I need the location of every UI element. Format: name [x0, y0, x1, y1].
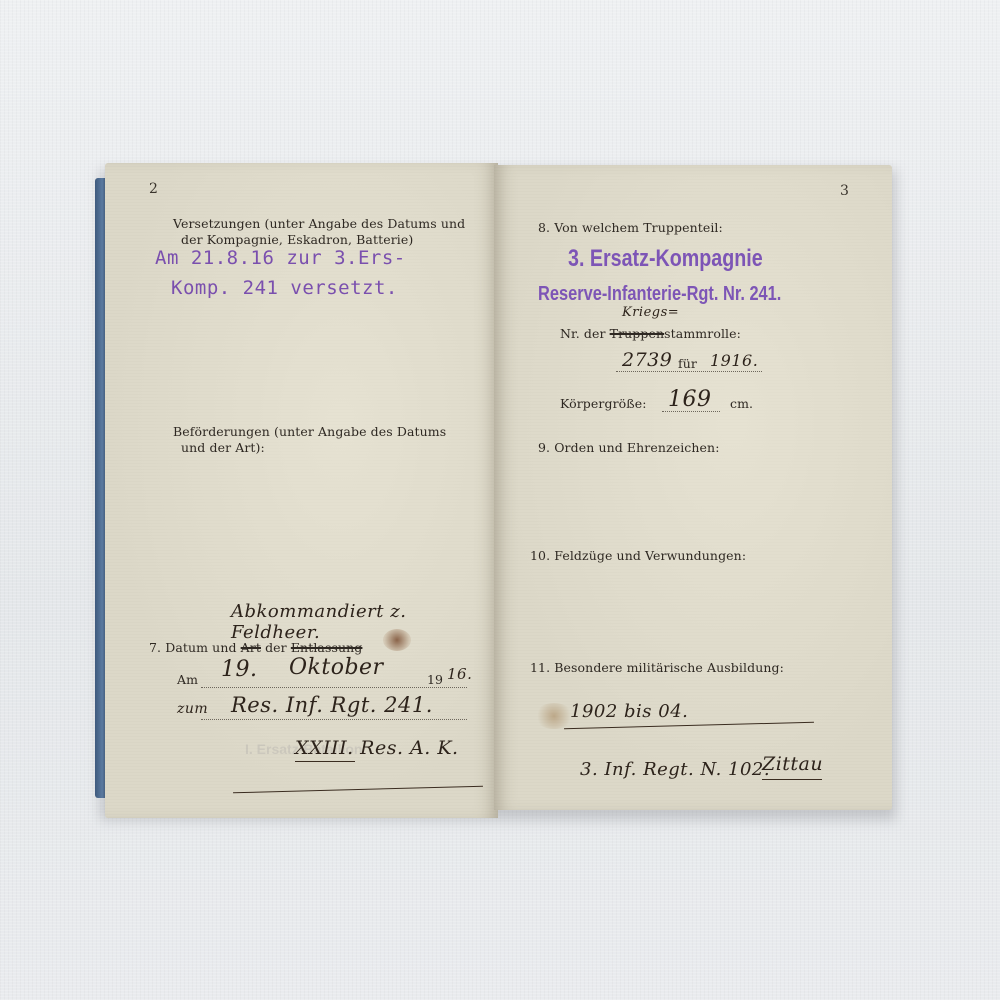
roll-label-suffix: stammrolle: [664, 326, 741, 341]
right-page: 3 8. Von welchem Truppenteil: 3. Ersatz-… [494, 165, 892, 810]
ink-stroke-training [564, 722, 814, 730]
unit-label: 8. Von welchem Truppenteil: [538, 219, 723, 236]
discharge-year-suffix: 16. [447, 665, 472, 683]
orders-label: 9. Orden und Ehrenzeichen: [538, 439, 720, 456]
transfer-stamp-line1: Am 21.8.16 zur 3.Ers- [155, 247, 406, 269]
discharge-month: Oktober [289, 655, 384, 680]
training-line2: 3. Inf. Regt. N. 102. [580, 759, 770, 780]
ink-stain [383, 629, 411, 651]
discharge-label-der: der [265, 640, 287, 655]
unit-stamp-line1: 3. Ersatz-Kompagnie [568, 245, 763, 273]
discharge-day: 19. [221, 657, 258, 682]
ink-stroke-bottom [233, 786, 483, 794]
discharge-handwritten-note: Abkommandiert z. Feldheer. [231, 601, 498, 643]
unit-stamp-line2: Reserve-Infanterie-Rgt. Nr. 241. [538, 283, 781, 306]
height-label: Körpergröße: [560, 395, 647, 412]
roll-year: 1916. [710, 351, 758, 370]
training-place: Zittau [762, 753, 823, 775]
discharge-year-prefix: 19 [427, 671, 443, 688]
discharge-label-prefix: 7. Datum und [149, 640, 237, 655]
underline-place [762, 779, 822, 780]
discharge-label: 7. Datum und Art der Entlassung [149, 639, 362, 656]
dotted-line-unit [201, 719, 467, 720]
training-line1: 1902 bis 04. [570, 701, 688, 722]
dotted-line-date [201, 687, 467, 688]
discharge-label-struck-entlassung: Entlassung [291, 640, 363, 655]
promotions-label-line1: Beförderungen (unter Angabe des Datums [173, 423, 446, 440]
roll-label: Nr. der Truppenstammrolle: [560, 325, 741, 342]
discharge-corps: XXIII. Res. A. K. [295, 737, 459, 759]
discharge-am-label: Am [177, 671, 198, 688]
roll-fuer-label: für [678, 355, 697, 372]
roll-number: 2739 [622, 349, 672, 371]
roll-label-prefix: Nr. der [560, 326, 606, 341]
roll-handwritten-insert: Kriegs= [622, 305, 679, 320]
discharge-unit: Res. Inf. Rgt. 241. [231, 693, 433, 717]
roll-label-struck: Truppen [610, 326, 665, 341]
transfer-stamp-line2: Komp. 241 versetzt. [171, 277, 398, 299]
underline-corps [295, 761, 355, 762]
page-number-right: 3 [840, 183, 849, 199]
training-label: 11. Besondere militärische Ausbildung: [530, 659, 784, 676]
rust-stain [534, 703, 574, 729]
transfers-label-line1: Versetzungen (unter Angabe des Datums un… [173, 215, 465, 232]
campaigns-label: 10. Feldzüge und Verwundungen: [530, 547, 746, 564]
height-value: 169 [668, 387, 712, 412]
left-page: 2 Versetzungen (unter Angabe des Datums … [105, 163, 498, 818]
dotted-line-height [662, 411, 720, 412]
page-number-left: 2 [149, 181, 158, 197]
promotions-label-line2: und der Art): [181, 439, 265, 456]
discharge-label-struck-art: Art [241, 640, 261, 655]
height-unit: cm. [730, 395, 753, 412]
transfers-label-line2: der Kompagnie, Eskadron, Batterie) [181, 231, 413, 248]
discharge-line2-prefix: zum [177, 701, 208, 717]
dotted-line-roll [616, 371, 762, 372]
